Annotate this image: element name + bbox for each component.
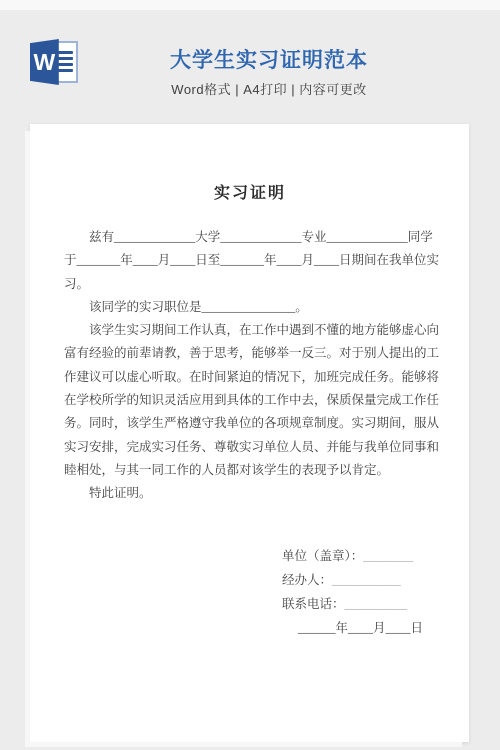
doc-line: 特此证明。: [64, 482, 436, 505]
doc-line: 富有经验的前辈请教，善于思考，能够举一反三。对于别人提出的工: [64, 342, 436, 365]
doc-line: 在学校所学的知识灵活应用到具体的工作中去，保质保量完成工作任: [64, 389, 436, 412]
doc-line: 兹有_____________大学_____________专业________…: [64, 226, 436, 249]
doc-line: 务。同时，该学生严格遵守我单位的各项规章制度。实习期间，服从: [64, 412, 436, 435]
signature-handler-label: 经办人：: [282, 573, 332, 587]
signature-unit-label: 单位（盖章）：: [282, 549, 363, 563]
signature-phone-blank: __________: [345, 597, 408, 611]
doc-line: 习。: [64, 273, 436, 296]
doc-body: 兹有_____________大学_____________专业________…: [64, 226, 436, 506]
signature-unit-blank: ________: [363, 549, 413, 563]
signature-unit-line: 单位（盖章）：________: [282, 544, 436, 568]
doc-line: 实习安排，完成实习任务、尊敬实习单位人员、并能与我单位同事和: [64, 436, 436, 459]
template-preview: W 大学生实习证明范本 Word格式 | A4打印 | 内容可更改 实习证明 兹…: [0, 0, 500, 750]
signature-handler-blank: ___________: [332, 573, 401, 587]
doc-line: 该学生实习期间工作认真，在工作中遇到不懂的地方能够虚心向: [64, 319, 436, 342]
doc-line: 作建议可以虚心听取。在时间紧迫的情况下，加班完成任务。能够将: [64, 366, 436, 389]
signature-phone-label: 联系电话：: [282, 597, 345, 611]
doc-title: 实习证明: [64, 182, 436, 206]
doc-line: 睦相处，与其一同工作的人员都对该学生的表现予以肯定。: [64, 459, 436, 482]
page-title: 大学生实习证明范本: [0, 44, 500, 74]
doc-line: 于_______年____月____日至_______年____月____日期间…: [64, 249, 436, 272]
document-page: 实习证明 兹有_____________大学_____________专业___…: [30, 124, 469, 742]
doc-line: 该同学的实习职位是_______________。: [64, 296, 436, 319]
signature-date-line: ______年____月____日: [298, 616, 436, 640]
signature-phone-line: 联系电话：__________: [282, 592, 436, 616]
signature-block: 单位（盖章）：________ 经办人：___________ 联系电话：___…: [282, 544, 436, 640]
top-strip: [0, 0, 500, 10]
signature-handler-line: 经办人：___________: [282, 568, 436, 592]
page-subtitle: Word格式 | A4打印 | 内容可更改: [0, 79, 500, 98]
